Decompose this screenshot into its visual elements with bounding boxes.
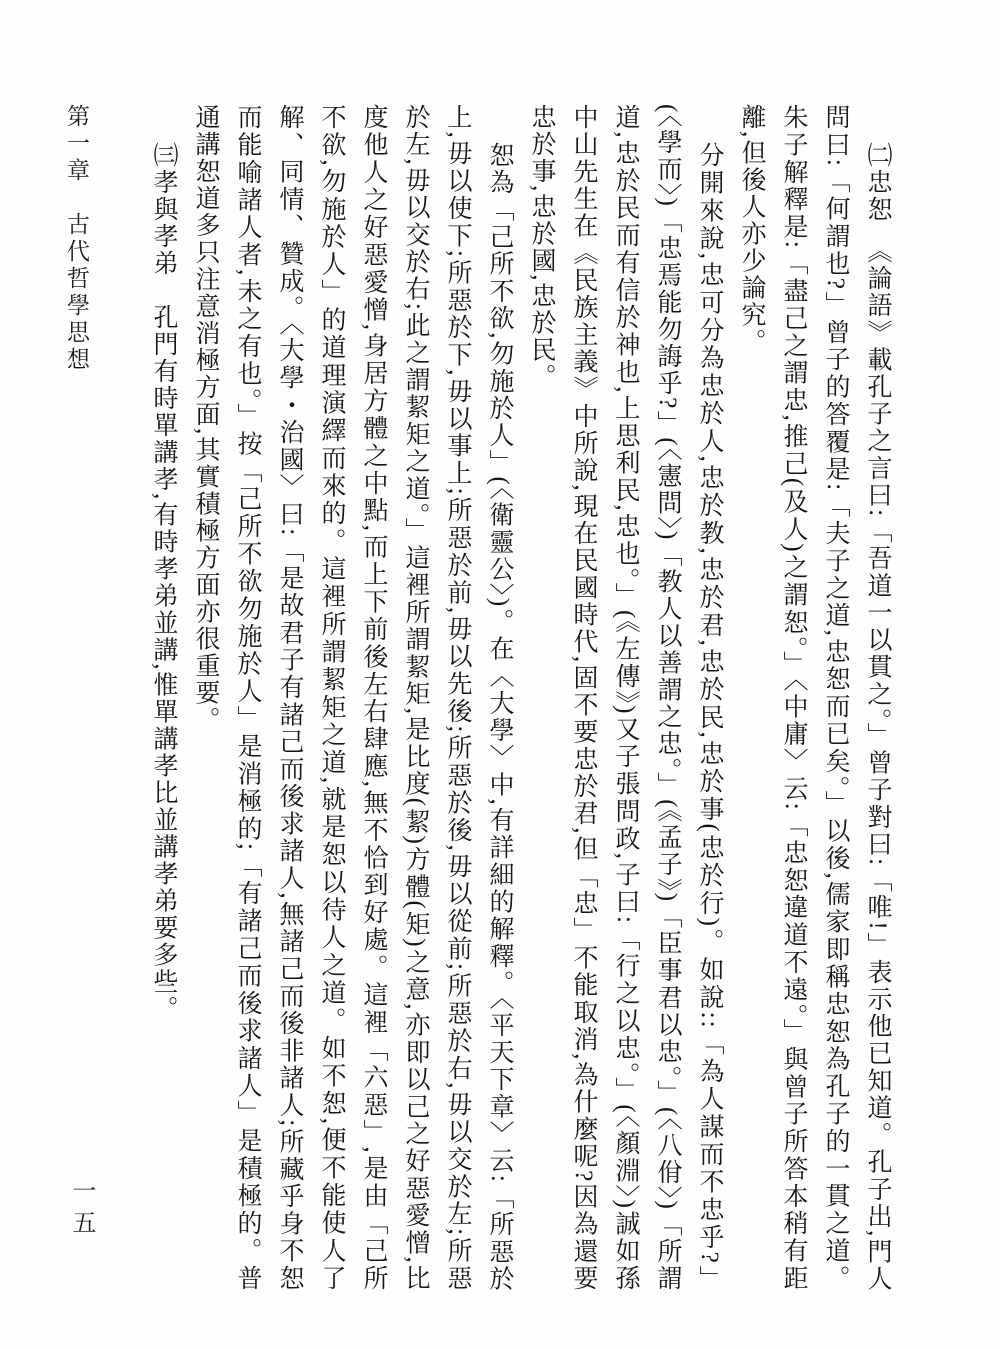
- paragraph-xiao-section-start: ㈢孝與孝弟 孔門有時單講孝,有時孝弟並講,惟單講孝比並講孝弟要多些。: [142, 104, 184, 1292]
- page-number: 一五: [64, 1178, 99, 1242]
- paragraph-zhong-kinds: 分開來說,忠可分為忠於人,忠於教,忠於君,忠於民,忠於事(忠於行)。如說::「為…: [520, 104, 730, 1292]
- chapter-header: 第一章 古代哲學思想: [60, 104, 93, 374]
- book-page: 第一章 古代哲學思想 ㈡忠恕 《論語》載孔子之言曰:「吾道一以貫之。」曾子對曰:…: [0, 0, 1000, 1349]
- main-text: ㈡忠恕 《論語》載孔子之言曰:「吾道一以貫之。」曾子對曰:「唯!」表示他已知道。…: [98, 104, 898, 1292]
- paragraph-shu-explained: 恕為「己所不欲,勿施於人」(〈衛靈公〉)。在〈大學〉中,有詳細的解釋。〈平天下章…: [184, 104, 520, 1292]
- paragraph-zhongshu-intro: ㈡忠恕 《論語》載孔子之言曰:「吾道一以貫之。」曾子對曰:「唯!」表示他已知道。…: [730, 104, 898, 1292]
